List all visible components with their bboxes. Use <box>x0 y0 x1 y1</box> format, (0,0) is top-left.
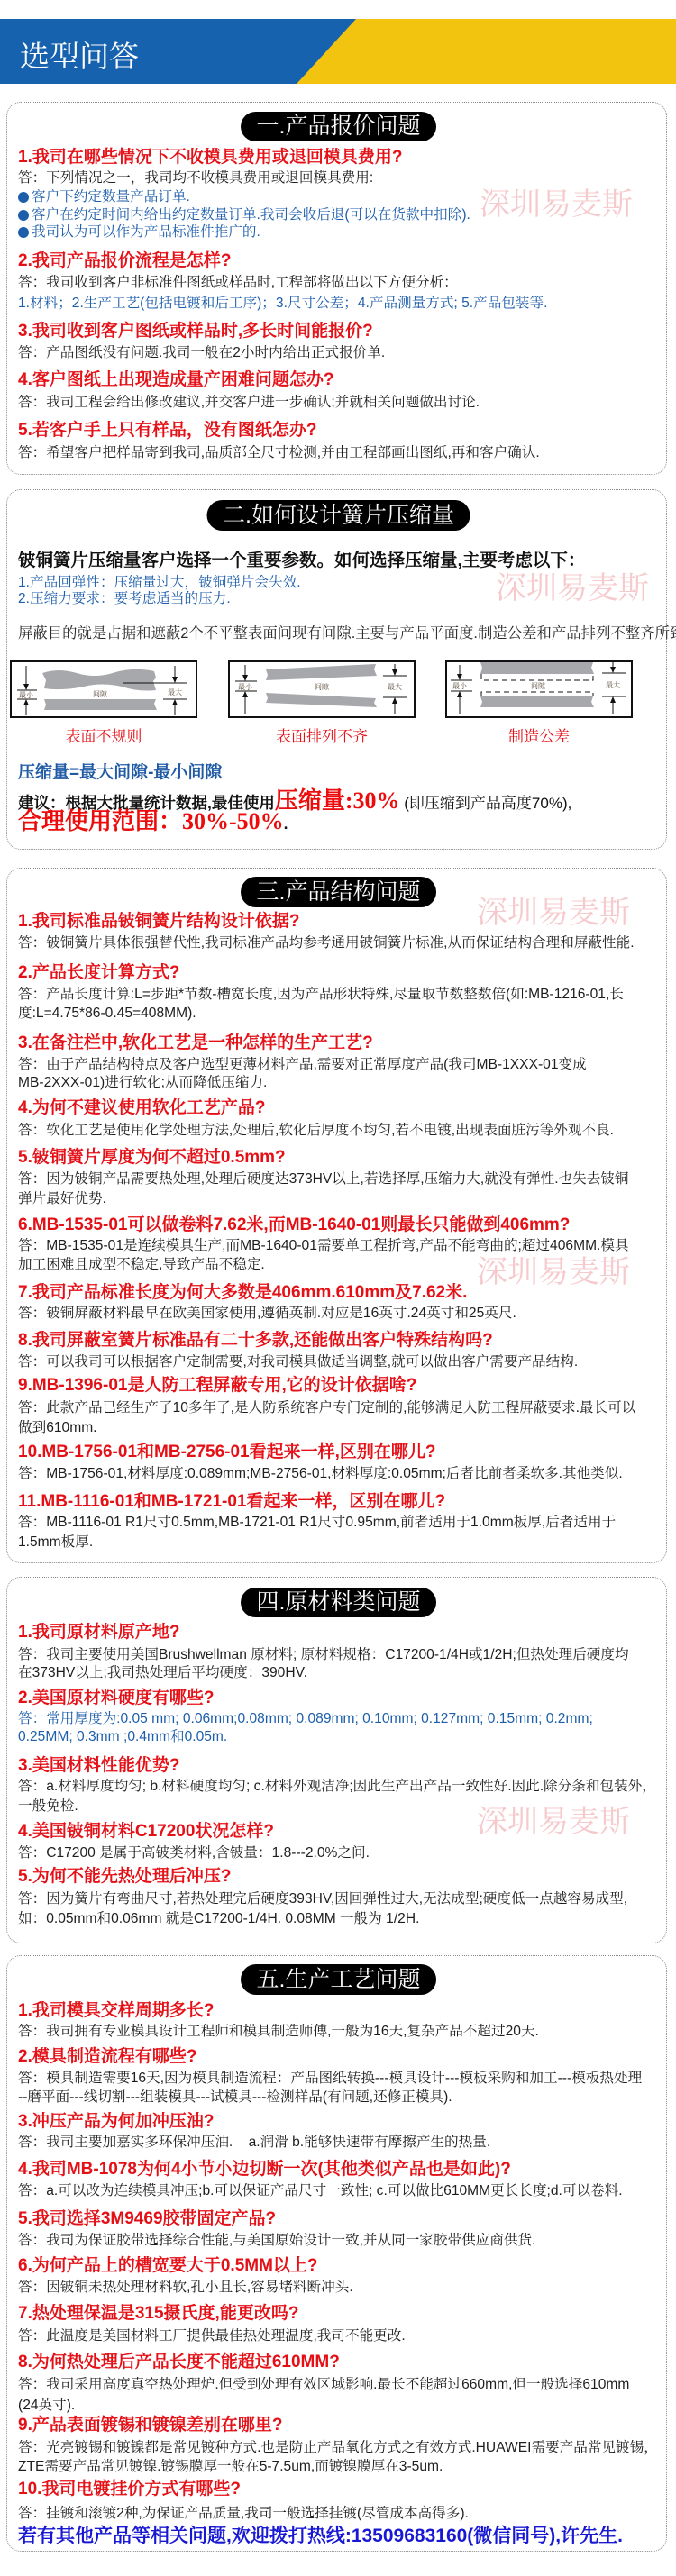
question-title: 1.我司模具交样周期多长? <box>18 2000 214 2022</box>
bullet-icon <box>18 192 29 203</box>
question-title: 2.模具制造流程有哪些? <box>18 2046 196 2068</box>
section-compression-design: 深圳易麦斯 二.如何设计簧片压缩量 铍铜簧片压缩量客户选择一个重要参数。如何选择… <box>6 489 667 850</box>
question-title: 10.我司电镀挂价方式有哪些? <box>18 2479 241 2500</box>
answer-line: 答：C17200 是属于高铍类材料,含铍量：1.8---2.0%之间. <box>18 1844 370 1862</box>
answer-line: 答：模具制造需要16天,因为模具制造流程：产品图纸转换---模具设计---模板采… <box>18 2070 642 2088</box>
answer-line: 在373HV以上;我司热处理后平均硬度：390HV. <box>18 1664 307 1682</box>
question-title: 3.美国材料性能优势? <box>18 1755 179 1777</box>
max-label: 最大 <box>606 680 620 689</box>
answer-line: 答：软化工艺是使用化学处理方法,处理后,软化后厚度不均匀,若不电镀,出现表面脏污… <box>18 1122 614 1140</box>
section-production-process: 五.生产工艺问题 1.我司模具交样周期多长? 答：我司拥有专业模具设计工程师和模… <box>6 1955 667 2552</box>
answer-line: (24英寸). <box>18 2397 75 2415</box>
question-title: 4.美国铍铜材料C17200状况怎样? <box>18 1821 274 1843</box>
question-title: 7.热处理保温是315摄氏度,能更改吗? <box>18 2303 298 2325</box>
question-title: 6.MB-1535-01可以做卷料7.62米,而MB-1640-01则最长只能做… <box>18 1215 570 1236</box>
answer-line: 答：此温度是美国材料工厂提供最佳热处理温度,我司不能更改. <box>18 2327 406 2345</box>
section-raw-materials: 深圳易麦斯 四.原材料类问题 1.我司原材料原产地? 答：我司主要使用美国Bru… <box>6 1577 667 1943</box>
answer-line: 答：我司拥有专业模具设计工程师和模具制造师傅,一般为16天,复杂产品不超过20天… <box>18 2023 539 2041</box>
watermark: 深圳易麦斯 <box>477 895 630 931</box>
question-title: 8.我司屏蔽室簧片标准品有二十多款,还能做出客户特殊结构吗? <box>18 1330 493 1352</box>
answer-line: 答：a.材料厚度均匀; b.材料硬度均匀; c.材料外观洁净;因此生产出产品一致… <box>18 1778 656 1796</box>
answer-line: MB-2XXX-01)进行软化;从而降低压缩力. <box>18 1074 267 1092</box>
bullet-text: 我司认为可以作为产品标准件推广的. <box>32 223 260 241</box>
bullet-item: 我司认为可以作为产品标准件推广的. <box>18 223 260 241</box>
answer-line: 做到610mm. <box>18 1419 97 1437</box>
diagram-manufacturing-tolerance: 最小 间隙 最大 <box>445 660 633 718</box>
gap-diagram-icon: 最小 间隙 最大 <box>230 662 414 716</box>
question-title: 8.为何热处理后产品长度不能超过610MM? <box>18 2352 340 2373</box>
bullet-text: 客户在约定时间内给出约定数量订单.我司会收后退(可以在货款中扣除). <box>32 206 470 224</box>
gap-label: 间隙 <box>531 681 546 690</box>
answer-line: 答：我司为保证胶带选择综合性能,与美国原始设计一致,并从同一家胶带供应商供货. <box>18 2232 535 2250</box>
answer-line: ZTE需要产品常见镀镍.镀锡膜厚一般在5-7.5um,而镀镍膜厚在3-5um. <box>18 2458 443 2476</box>
section-structure: 深圳易麦斯 深圳易麦斯 三.产品结构问题 1.我司标准品铍铜簧片结构设计依据? … <box>6 868 667 1563</box>
gap-diagram-icon: 最小 间隙 最大 <box>12 662 196 716</box>
answer-line: 答：我司主要加嘉实多环保冲压油. a.润滑 b.能够快速带有摩擦产生的热量. <box>18 2134 490 2152</box>
answer-line: 答：下列情况之一，我司均不收模具费用或退回模具费用: <box>18 169 373 187</box>
section-title: 五.生产工艺问题 <box>241 1964 437 1995</box>
question-title: 3.冲压产品为何加冲压油? <box>18 2111 214 2133</box>
answer-line: 答：我司工程会给出修改建议,并交客户进一步确认;并就相关问题做出讨论. <box>18 394 480 412</box>
watermark: 深圳易麦斯 <box>477 1804 630 1840</box>
answer-line: 度:L=4.75*86-0.45=408MM). <box>18 1005 196 1023</box>
bullet-item: 客户在约定时间内给出约定数量订单.我司会收后退(可以在货款中扣除). <box>18 206 470 224</box>
answer-line: 答：因为铍铜产品需要热处理,处理后硬度达373HV以上,若选择厚,压缩力大,就没… <box>18 1170 629 1188</box>
min-label: 最小 <box>238 682 253 691</box>
diagram-irregular-surface: 最小 间隙 最大 <box>10 660 197 718</box>
answer-line: 答：铍铜屏蔽材料最早在欧美国家使用,遵循英制.对应是16英寸.24英寸和25英尺… <box>18 1305 516 1323</box>
answer-line: 弹片最好优势. <box>18 1190 106 1208</box>
answer-line-highlight: 1.材料；2.生产工艺(包括电镀和后工序)；3.尺寸公差；4.产品测量方式; 5… <box>18 295 547 313</box>
section-title: 四.原材料类问题 <box>241 1588 437 1617</box>
answer-line: 答：由于产品结构特点及客户选型更薄材料产品,需要对正常厚度产品(我司MB-1XX… <box>18 1056 587 1074</box>
section-title: 二.如何设计簧片压缩量 <box>206 500 470 531</box>
min-label: 最小 <box>452 681 468 690</box>
answer-line: 1.5mm板厚. <box>18 1534 93 1552</box>
answer-line: 答：我司采用高度真空热处理炉.但受到处理有效区域影响.最长不能超过660mm,但… <box>18 2376 629 2394</box>
question-title: 11.MB-1116-01和MB-1721-01看起来一样，区别在哪儿? <box>18 1491 445 1513</box>
question-title: 5.我司选择3M9469胶带固定产品? <box>18 2208 276 2230</box>
question-title: 5.铍铜簧片厚度为何不超过0.5mm? <box>18 1147 286 1169</box>
question-title: 9.MB-1396-01是人防工程屏蔽专用,它的设计依据啥? <box>18 1375 416 1397</box>
page: 选型问答 深圳易麦斯 一.产品报价问题 1.我司在哪些情况下不收模具费用或退回模… <box>0 0 676 2576</box>
advice-range-line: 合理使用范围：30%-50%. <box>18 807 288 834</box>
question-title: 2.我司产品报价流程是怎样? <box>18 250 231 272</box>
note-text: 屏蔽目的就是占据和遮蔽2个不平整表面间现有间隙.主要与产品平面度.制造公差和产品… <box>18 624 676 642</box>
question-title: 4.客户图纸上出现造成量产困难问题怎办? <box>18 369 333 391</box>
bullet-icon <box>18 227 29 238</box>
answer-line: 答：MB-1116-01 R1尺寸0.5mm,MB-1721-01 R1尺寸0.… <box>18 1514 616 1532</box>
question-title: 5.若客户手上只有样品，没有图纸怎办? <box>18 420 316 441</box>
answer-line: 答：因为簧片有弯曲尺寸,若热处理完后硬度393HV,因回弹性过大,无法成型;硬度… <box>18 1890 627 1908</box>
question-title: 4.为何不建议使用软化工艺产品? <box>18 1097 265 1119</box>
question-title: 2.产品长度计算方式? <box>18 962 179 984</box>
answer-line: 答：MB-1756-01,材料厚度:0.089mm;MB-2756-01,材料厚… <box>18 1465 623 1483</box>
advice-range: 合理使用范围：30%-50% <box>18 808 284 834</box>
section-title: 一.产品报价问题 <box>241 112 437 141</box>
intro-text: 铍铜簧片压缩量客户选择一个重要参数。如何选择压缩量,主要考虑以下： <box>18 549 585 572</box>
question-title: 9.产品表面镀锡和镀镍差别在哪里? <box>18 2415 282 2436</box>
answer-line: 答：光亮镀锡和镀镍都是常见镀种方式.也是防止产品氧化方式之有效方式.HUAWEI… <box>18 2439 658 2457</box>
consideration-item: 2.压缩力要求：要考虑适当的压力. <box>18 590 231 608</box>
bullet-item: 客户下约定数量产品订单. <box>18 188 190 206</box>
answer-line: 如：0.05mm和0.06mm 就是C17200-1/4H. 0.08MM 一般… <box>18 1910 419 1928</box>
answer-line-highlight: 答：常用厚度为:0.05 mm; 0.06mm;0.08mm; 0.089mm;… <box>18 1710 593 1728</box>
question-title: 7.我司产品标准长度为何大多数是406mm.610mm及7.62米. <box>18 1282 467 1304</box>
question-title: 3.在备注栏中,软化工艺是一种怎样的生产工艺? <box>18 1033 373 1054</box>
question-title: 2.美国原材料硬度有哪些? <box>18 1688 214 1709</box>
answer-line: 答：可以我司可以根据客户定制需要,对我司模具做适当调整,就可以做出客户需要产品结… <box>18 1353 578 1371</box>
question-title: 10.MB-1756-01和MB-2756-01看起来一样,区别在哪儿? <box>18 1442 436 1463</box>
question-title: 5.为何不能先热处理后冲压? <box>18 1866 231 1888</box>
answer-line: 答：我司主要使用美国Brushwellman 原材料; 原材料规格：C17200… <box>18 1646 629 1664</box>
question-title: 4.我司MB-1078为何4小节小边切断一次(其他类似产品也是如此)? <box>18 2159 511 2180</box>
compression-formula: 压缩量=最大间隙-最小间隙 <box>18 762 222 784</box>
max-label: 最大 <box>168 687 182 696</box>
answer-line: 答：希望客户把样品寄到我司,品质部全尺寸检测,并由工程部画出图纸,再和客户确认. <box>18 444 540 462</box>
section-pricing: 深圳易麦斯 一.产品报价问题 1.我司在哪些情况下不收模具费用或退回模具费用? … <box>6 102 667 475</box>
min-label: 最小 <box>19 690 34 699</box>
question-title: 6.为何产品上的槽宽要大于0.5MM以上? <box>18 2255 318 2277</box>
advice-suffix: (即压缩到产品高度70%), <box>400 795 572 812</box>
answer-line: --磨平面---线切割---组装模具---试模具---检测样品(有问题,还修正模… <box>18 2089 452 2107</box>
consideration-item: 1.产品回弹性：压缩量过大，铍铜弹片会失效. <box>18 574 301 592</box>
diagram-caption: 表面排列不齐 <box>228 727 416 747</box>
max-label: 最大 <box>388 682 402 691</box>
diagram-caption: 制造公差 <box>445 727 633 747</box>
diagram-caption: 表面不规则 <box>10 727 197 747</box>
advice-range-end: . <box>284 815 288 833</box>
answer-line: 答：产品长度计算:L=步距*节数-槽宽长度,因为产品形状特殊,尽量取节数整数倍(… <box>18 986 624 1004</box>
answer-line: 答：挂镀和滚镀2种,为保证产品质量,我司一般选择挂镀(尽管成本高得多). <box>18 2505 469 2523</box>
answer-line: 答：a.可以改为连续模具冲压;b.可以保证产品尺寸一致性; c.可以做比610M… <box>18 2182 623 2200</box>
answer-line-highlight: 0.25MM; 0.3mm ;0.4mm和0.05m. <box>18 1728 227 1746</box>
gap-diagram-icon: 最小 间隙 最大 <box>447 662 631 716</box>
contact-hotline: 若有其他产品等相关问题,欢迎拨打热线:13509683160(微信同号),许先生… <box>18 2524 623 2549</box>
page-title: 选型问答 <box>20 38 139 76</box>
watermark: 深圳易麦斯 <box>477 1254 630 1290</box>
advice-highlight: 压缩量:30% <box>275 787 400 814</box>
question-title: 1.我司标准品铍铜簧片结构设计依据? <box>18 911 299 933</box>
watermark: 深圳易麦斯 <box>480 187 633 223</box>
gap-label: 间隙 <box>315 682 330 691</box>
watermark: 深圳易麦斯 <box>496 570 649 606</box>
question-title: 1.我司原材料原产地? <box>18 1622 179 1643</box>
answer-line: 答：铍铜簧片具体很强替代性,我司标准产品均参考通用铍铜簧片标准,从而保证结构合理… <box>18 934 635 952</box>
answer-line: 加工困难且成型不稳定,导致产品不稳定. <box>18 1256 265 1274</box>
section-title: 三.产品结构问题 <box>241 877 437 907</box>
answer-line: 答：因铍铜未热处理材料软,孔小且长,容易堵料断冲头. <box>18 2279 353 2297</box>
bullet-text: 客户下约定数量产品订单. <box>32 188 190 206</box>
question-title: 1.我司在哪些情况下不收模具费用或退回模具费用? <box>18 147 402 168</box>
answer-line: 答：MB-1535-01是连续模具生产,而MB-1640-01需要单工程折弯,产… <box>18 1237 629 1255</box>
question-title: 3.我司收到客户图纸或样品时,多长时间能报价? <box>18 321 373 342</box>
answer-line: 一般免检. <box>18 1798 78 1816</box>
answer-line: 答：产品图纸没有问题.我司一般在2小时内给出正式报价单. <box>18 344 385 362</box>
gap-label: 间隙 <box>93 689 108 698</box>
diagram-misaligned-surface: 最小 间隙 最大 <box>228 660 416 718</box>
answer-line: 答：我司收到客户非标准件图纸或样品时,工程部将做出以下方便分析： <box>18 274 458 292</box>
bullet-icon <box>18 210 29 221</box>
answer-line: 答：此款产品已经生产了10多年了,是人防系统客户专门定制的,能够满足人防工程屏蔽… <box>18 1399 635 1417</box>
